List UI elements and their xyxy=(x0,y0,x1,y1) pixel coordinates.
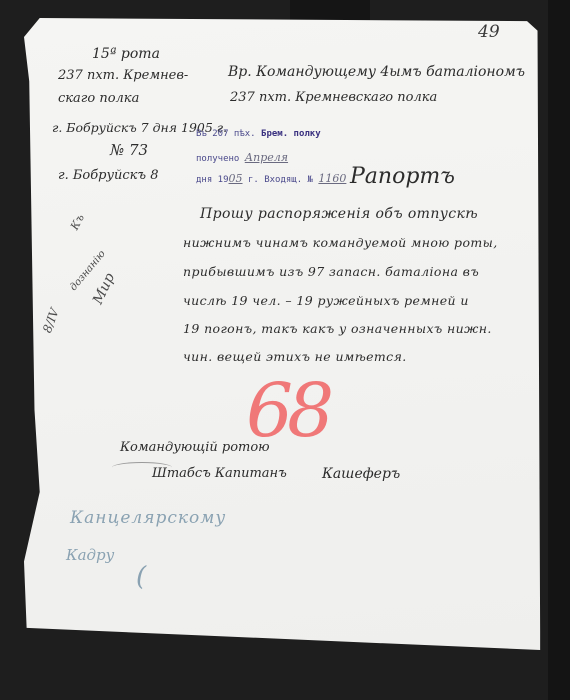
background-strip xyxy=(548,0,570,700)
received-stamp-line-2: получено Апреля xyxy=(196,151,288,164)
background-strip xyxy=(290,0,370,20)
page-number: 49 xyxy=(478,22,500,42)
body-line: нижнимъ чинамъ командуемой мною роты, xyxy=(183,235,498,250)
addressee-line-1: Вр. Командующему 4ымъ баталіономъ xyxy=(228,64,525,80)
signature-rank: Штабсъ Капитанъ xyxy=(152,466,287,481)
addressee-line-2: 237 пхт. Кремневскаго полка xyxy=(230,90,437,105)
blue-resolution-line-2: Кадру xyxy=(66,546,114,564)
signature-title: Командующій ротою xyxy=(120,440,270,455)
body-line: прибывшимъ изъ 97 запасн. баталіона въ xyxy=(183,264,479,279)
body-line: чин. вещей этихъ не имѣется. xyxy=(183,349,407,364)
sender-regiment-cont: скаго полка xyxy=(58,91,139,106)
sender-company: 15ª рота xyxy=(92,46,160,62)
blue-resolution-mark: ( xyxy=(136,562,146,592)
received-stamp-line-1: Въ 207 пѣх. Брем. полку xyxy=(196,129,321,139)
blue-resolution-line-1: Канцелярскому xyxy=(70,508,226,528)
signature-name: Кашеферъ xyxy=(322,466,400,482)
outgoing-number: № 73 xyxy=(110,141,148,159)
received-stamp-line-3: дня 1905 г. Входящ. № 1160 xyxy=(196,172,346,185)
document-title: Рапортъ xyxy=(350,164,455,189)
sender-city: г. Бобруйскъ 8 xyxy=(58,168,159,183)
body-line: числѣ 19 чел. – 19 ружейныхъ ремней и xyxy=(183,293,469,308)
body-line: Прошу распоряженія объ отпускѣ xyxy=(200,206,478,222)
sender-regiment: 237 пхт. Кремнев- xyxy=(58,68,188,83)
body-line: 19 погонъ, такъ какъ у означенныхъ нижн. xyxy=(183,321,492,336)
